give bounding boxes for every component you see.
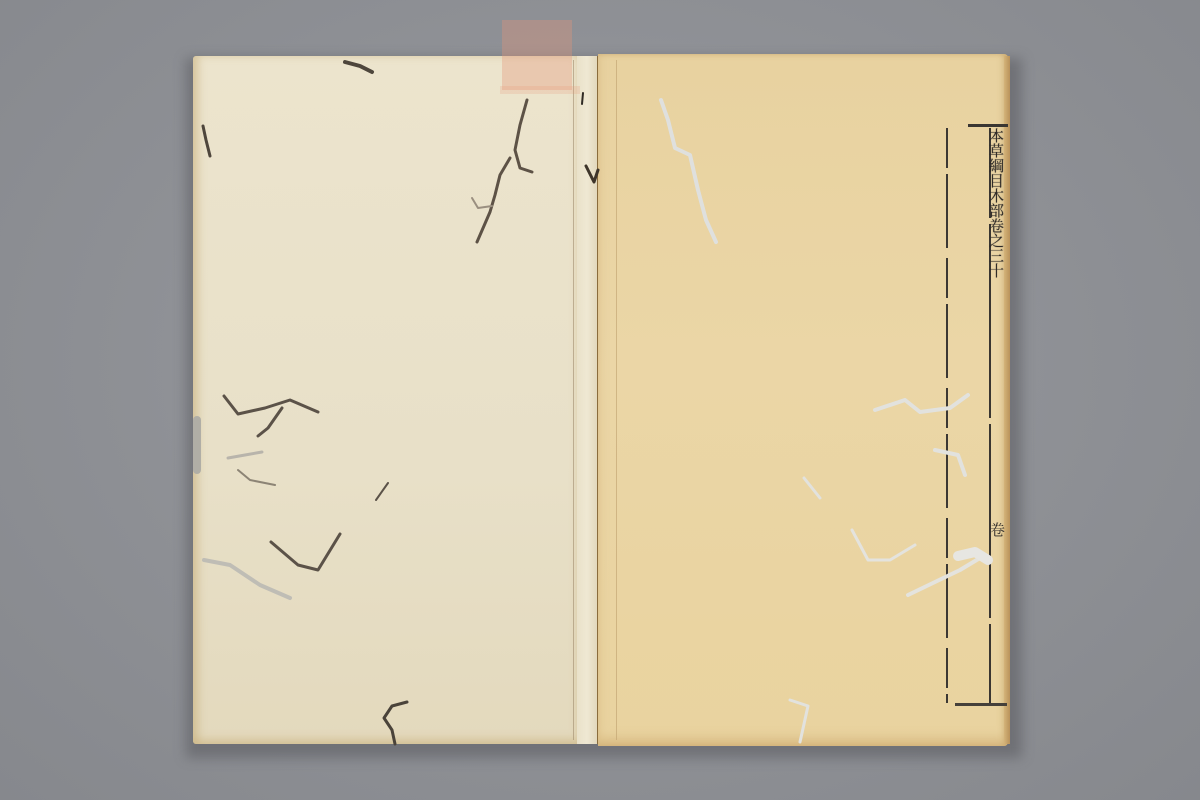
- wormholes: [0, 0, 1200, 800]
